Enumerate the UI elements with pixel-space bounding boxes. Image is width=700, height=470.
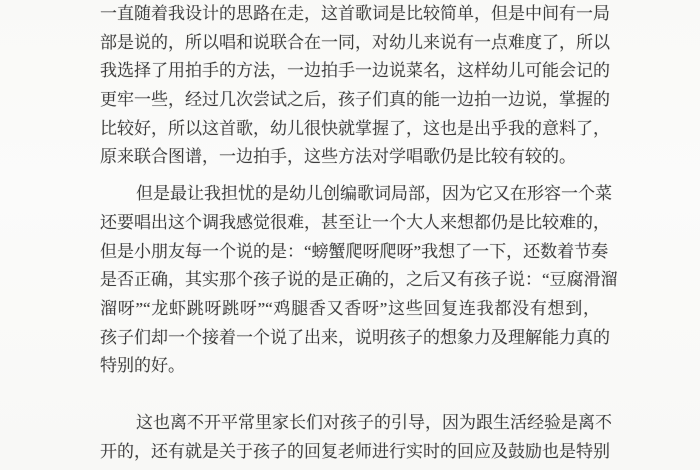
text-line: 部是说的，所以唱和说联合在一同，对幼儿来说有一点难度了，所以	[100, 29, 600, 58]
text-line: 孩子们却一个接着一个说了出来，说明孩子的想象力及理解能力真的	[100, 324, 600, 353]
paragraph-2: 但是最让我担忧的是幼儿创编歌词局部，因为它又在形容一个菜 还要唱出这个调我感觉很…	[100, 180, 600, 381]
text-line: 但是最让我担忧的是幼儿创编歌词局部，因为它又在形容一个菜	[100, 180, 600, 209]
text-line: 还要唱出这个调我感觉很难，甚至让一个大人来想都仍是比较难的，	[100, 209, 600, 238]
paragraph-1: 一直随着我设计的思路在走，这首歌词是比较简单，但是中间有一局 部是说的，所以唱和…	[100, 0, 600, 172]
text-line: 我选择了用拍手的方法，一边拍手一边说菜名，这样幼儿可能会记的	[100, 57, 600, 86]
text-line: 但是小朋友每一个说的是：“螃蟹爬呀爬呀”我想了一下，还数着节奏	[100, 238, 600, 267]
document-page: 一直随着我设计的思路在走，这首歌词是比较简单，但是中间有一局 部是说的，所以唱和…	[0, 0, 700, 470]
text-line: 这也离不开平常里家长们对孩子的引导，因为跟生活经验是离不	[100, 409, 600, 438]
text-line: 比较好，所以这首歌，幼儿很快就掌握了，这也是出乎我的意料了，	[100, 115, 600, 144]
text-block: 一直随着我设计的思路在走，这首歌词是比较简单，但是中间有一局 部是说的，所以唱和…	[100, 0, 600, 466]
text-line: 特别的好。	[100, 352, 600, 381]
text-line: 一直随着我设计的思路在走，这首歌词是比较简单，但是中间有一局	[100, 0, 600, 29]
text-line: 原来联合图谱，一边拍手，这些方法对学唱歌仍是比较有较的。	[100, 143, 600, 172]
text-line: 开的，还有就是关于孩子的回复老师进行实时的回应及鼓励也是特别	[100, 438, 600, 467]
text-line: 溜呀”“龙虾跳呀跳呀”“鸡腿香又香呀”这些回复连我都没有想到，	[100, 295, 600, 324]
text-line: 更牢一些，经过几次尝试之后，孩子们真的能一边拍一边说，掌握的	[100, 86, 600, 115]
text-line: 是否正确，其实那个孩子说的是正确的，之后又有孩子说：“豆腐滑溜	[100, 266, 600, 295]
paragraph-3: 这也离不开平常里家长们对孩子的引导，因为跟生活经验是离不 开的，还有就是关于孩子…	[100, 409, 600, 466]
